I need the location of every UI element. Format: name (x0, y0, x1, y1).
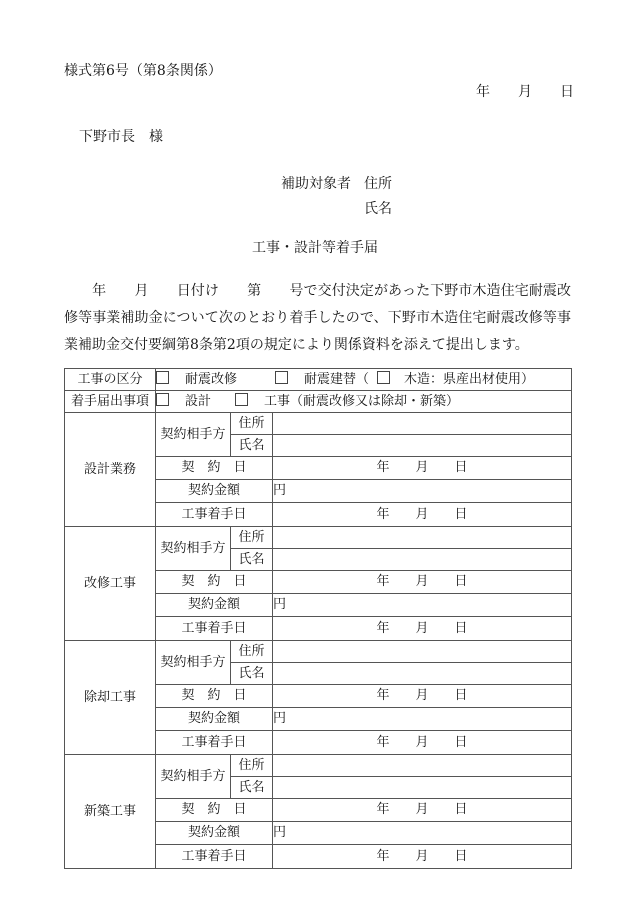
address-input-cell[interactable] (273, 413, 572, 435)
option-label-seismic-rebuild: 耐震建替（ (304, 372, 369, 387)
amount-value-cell[interactable]: 円 (273, 822, 572, 845)
section-name-cell: 除却工事 (65, 641, 156, 755)
addressee: 下野市長 様 (79, 126, 163, 146)
name-input-cell[interactable] (273, 549, 572, 571)
applicant-address-label: 住所 (364, 172, 392, 197)
document-page: 様式第6号（第8条関係） 年 月 日 下野市長 様 補助対象者 住所 氏名 工事… (0, 0, 630, 903)
name-input-cell[interactable] (273, 435, 572, 457)
document-date-blank: 年 月 日 (476, 81, 574, 101)
start-date-label-cell: 工事着手日 (156, 617, 273, 641)
partner-label-cell: 契約相手方 (156, 413, 231, 457)
contract-date-value-cell[interactable]: 年 月 日 (273, 571, 572, 594)
checkbox-construction[interactable] (235, 393, 248, 406)
applicant-label: 補助対象者 (281, 172, 351, 197)
name-label-cell: 氏名 (231, 663, 273, 685)
address-input-cell[interactable] (273, 527, 572, 549)
amount-value-cell[interactable]: 円 (273, 480, 572, 503)
body-paragraph: 年 月 日付け 第 号で交付決定があった下野市木造住宅耐震改修等事業補助金につい… (64, 278, 571, 359)
option-label-construction: 工事（耐震改修又は除却・新築） (264, 394, 459, 409)
amount-label-cell: 契約金額 (156, 480, 273, 503)
address-label-cell: 住所 (231, 755, 273, 777)
address-input-cell[interactable] (273, 641, 572, 663)
commencement-form-table: 工事の区分 耐震改修耐震建替（木造：県産出材使用） 着手届出事項 設計工事（耐震… (64, 368, 572, 869)
applicant-name-label: 氏名 (364, 197, 392, 222)
start-date-label-cell: 工事着手日 (156, 731, 273, 755)
form-number: 様式第6号（第8条関係） (64, 60, 222, 80)
option-label-wood-local-lumber: 木造：県産出材使用） (404, 372, 534, 387)
amount-value-cell[interactable]: 円 (273, 708, 572, 731)
contract-date-label-cell: 契 約 日 (156, 571, 273, 594)
document-title: 工事・設計等着手届 (0, 237, 630, 257)
contract-date-value-cell[interactable]: 年 月 日 (273, 457, 572, 480)
partner-label-cell: 契約相手方 (156, 755, 231, 799)
table-row: 除却工事 契約相手方 住所 (65, 641, 572, 663)
checkbox-wood-local-lumber[interactable] (377, 371, 390, 384)
partner-label-cell: 契約相手方 (156, 527, 231, 571)
start-date-value-cell[interactable]: 年 月 日 (273, 845, 572, 869)
start-date-label-cell: 工事着手日 (156, 845, 273, 869)
amount-label-cell: 契約金額 (156, 594, 273, 617)
name-input-cell[interactable] (273, 663, 572, 685)
partner-label-cell: 契約相手方 (156, 641, 231, 685)
name-label-cell: 氏名 (231, 777, 273, 799)
checkbox-seismic-rebuild[interactable] (275, 371, 288, 384)
contract-date-value-cell[interactable]: 年 月 日 (273, 799, 572, 822)
address-label-cell: 住所 (231, 413, 273, 435)
contract-date-label-cell: 契 約 日 (156, 799, 273, 822)
notification-items-row: 着手届出事項 設計工事（耐震改修又は除却・新築） (65, 391, 572, 413)
checkbox-seismic-retrofit[interactable] (156, 371, 169, 384)
checkbox-design[interactable] (156, 393, 169, 406)
table-row: 設計業務 契約相手方 住所 (65, 413, 572, 435)
option-label-seismic-retrofit: 耐震改修 (185, 372, 237, 387)
contract-date-label-cell: 契 約 日 (156, 685, 273, 708)
contract-date-value-cell[interactable]: 年 月 日 (273, 685, 572, 708)
start-date-value-cell[interactable]: 年 月 日 (273, 617, 572, 641)
address-label-cell: 住所 (231, 527, 273, 549)
contract-date-label-cell: 契 約 日 (156, 457, 273, 480)
amount-label-cell: 契約金額 (156, 708, 273, 731)
amount-label-cell: 契約金額 (156, 822, 273, 845)
name-label-cell: 氏名 (231, 435, 273, 457)
address-input-cell[interactable] (273, 755, 572, 777)
work-category-label-cell: 工事の区分 (65, 369, 156, 391)
section-name-cell: 設計業務 (65, 413, 156, 527)
start-date-label-cell: 工事着手日 (156, 503, 273, 527)
section-name-cell: 改修工事 (65, 527, 156, 641)
table-row: 新築工事 契約相手方 住所 (65, 755, 572, 777)
work-category-row: 工事の区分 耐震改修耐震建替（木造：県産出材使用） (65, 369, 572, 391)
table-row: 改修工事 契約相手方 住所 (65, 527, 572, 549)
address-label-cell: 住所 (231, 641, 273, 663)
amount-value-cell[interactable]: 円 (273, 594, 572, 617)
option-label-design: 設計 (185, 394, 211, 409)
work-category-options-cell: 耐震改修耐震建替（木造：県産出材使用） (156, 369, 572, 391)
applicant-block: 補助対象者 住所 氏名 (281, 172, 392, 222)
name-label-cell: 氏名 (231, 549, 273, 571)
notification-options-cell: 設計工事（耐震改修又は除却・新築） (156, 391, 572, 413)
section-name-cell: 新築工事 (65, 755, 156, 869)
notification-label-cell: 着手届出事項 (65, 391, 156, 413)
start-date-value-cell[interactable]: 年 月 日 (273, 503, 572, 527)
start-date-value-cell[interactable]: 年 月 日 (273, 731, 572, 755)
name-input-cell[interactable] (273, 777, 572, 799)
